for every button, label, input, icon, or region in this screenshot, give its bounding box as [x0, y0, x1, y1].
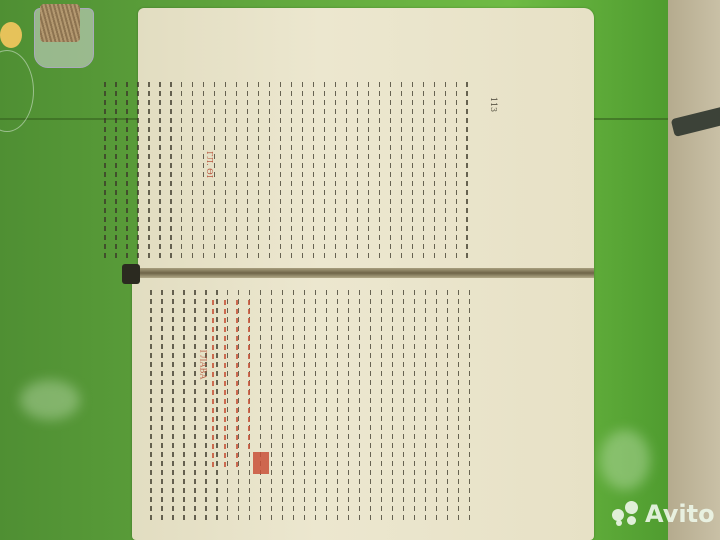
rubric-line — [236, 300, 238, 470]
avito-dots-logo-icon — [612, 501, 640, 527]
book-gutter — [128, 268, 594, 278]
rubric-line — [212, 300, 214, 470]
avito-watermark: Avito — [612, 500, 715, 528]
toothpicks — [40, 4, 80, 42]
light-glare — [600, 430, 650, 490]
light-glare — [20, 380, 80, 420]
avito-label: Avito — [645, 500, 715, 528]
lemon — [0, 22, 22, 48]
top-page-text-columns — [104, 82, 484, 262]
rubric-line — [248, 300, 250, 450]
top-page-header: ГЛ. ѲІ — [205, 151, 214, 178]
bottom-page-header: ГЛАВА — [198, 350, 207, 380]
rubric-line — [224, 300, 226, 470]
red-initial-letter — [253, 452, 269, 474]
wall — [668, 0, 720, 540]
top-page-folio: 113 — [489, 97, 498, 112]
bottom-page-text-columns — [150, 290, 480, 520]
book-spine-edge — [122, 264, 140, 284]
